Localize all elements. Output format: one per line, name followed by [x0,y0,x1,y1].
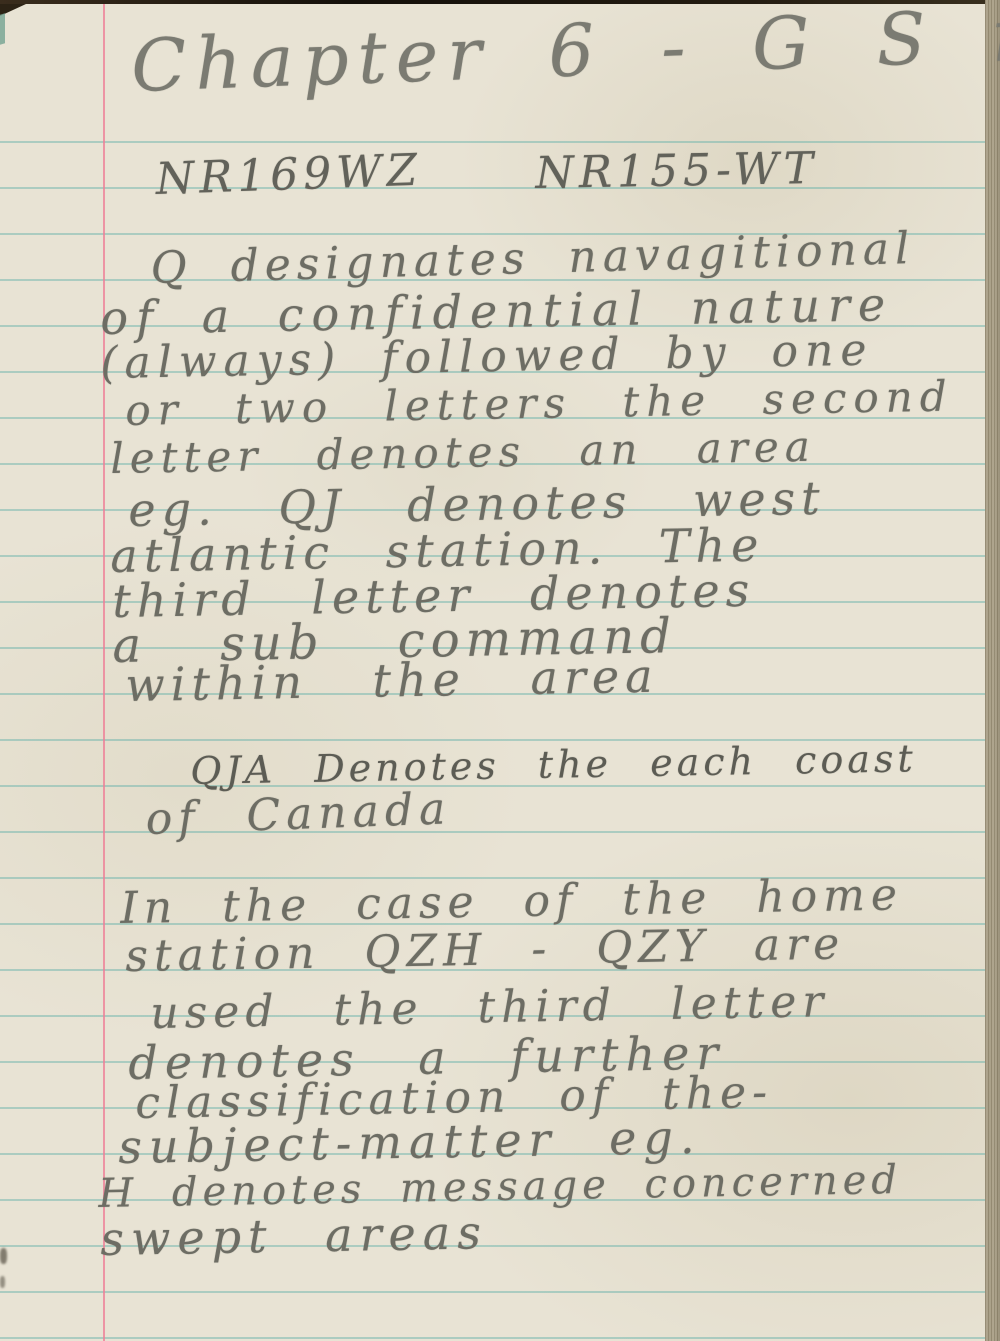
margin-line [103,0,105,1341]
handwritten-line: or two letters the second [125,376,954,432]
page-edge-right [985,0,1000,1341]
handwritten-line: of Canada [145,787,452,842]
corner-teal-sliver [0,13,5,45]
chapter-title: Chapter 6 - G S i [130,0,1000,102]
callsign-left: NR169WZ [155,149,423,202]
handwritten-line: used the third letter [150,980,830,1036]
callsign-right: NR155-WT [535,147,818,196]
notebook-page: Chapter 6 - G S i NR169WZ NR155-WT Q des… [0,0,1000,1341]
handwritten-line: swept areas [100,1209,488,1262]
edge-smudge [0,1248,7,1264]
handwritten-line: H denotes message concerned [98,1160,902,1214]
handwritten-line: station QZH - QZY are [125,922,846,979]
handwritten-line: QJA Denotes the each coast [190,739,917,790]
edge-smudge [0,1276,5,1288]
handwritten-line: within the area [125,653,659,708]
